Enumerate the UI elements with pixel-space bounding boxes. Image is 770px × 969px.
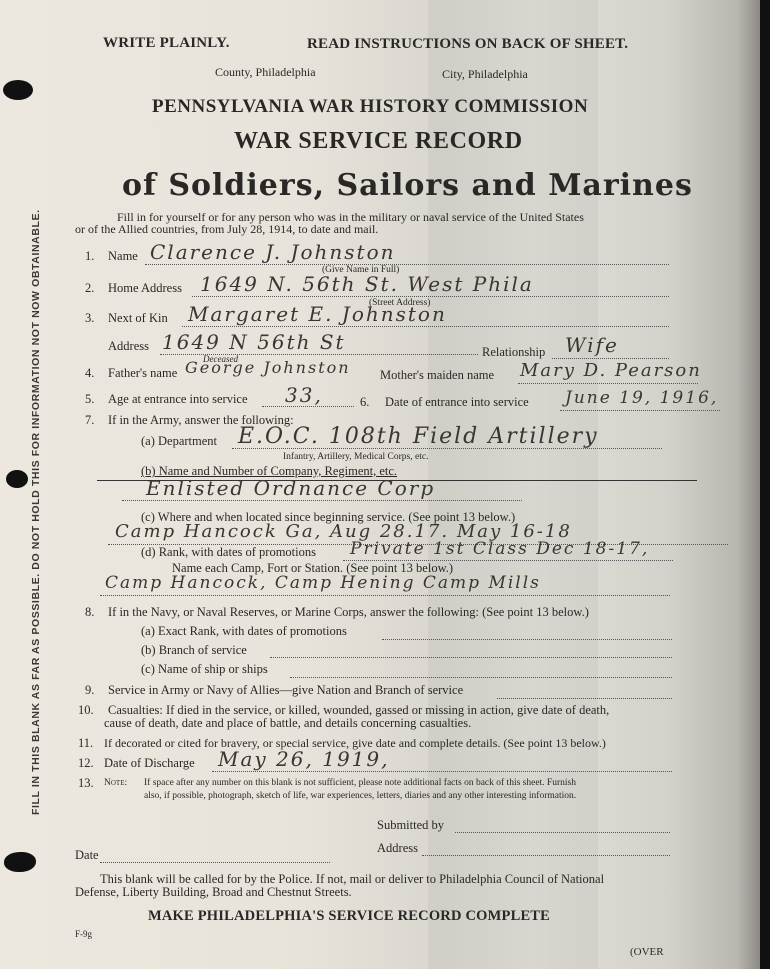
- city-label: City, Philadelphia: [442, 67, 528, 82]
- q2-number: 2.: [85, 281, 94, 296]
- q3-address-label: Address: [108, 339, 149, 354]
- q5-label: Age at entrance into service: [108, 392, 248, 407]
- q7b-company-value[interactable]: Enlisted Ordnance Corp: [146, 476, 435, 500]
- q4-mother-value[interactable]: Mary D. Pearson: [520, 360, 702, 381]
- q3-kin-value[interactable]: Margaret E. Johnston: [188, 302, 447, 326]
- q13-line-1: If space after any number on this blank …: [144, 778, 576, 788]
- q4-mother-line: [518, 383, 698, 384]
- q1-line: [145, 264, 669, 265]
- q3-line: [182, 326, 669, 327]
- q8a-label: (a) Exact Rank, with dates of promotions: [141, 624, 347, 639]
- q7a-label: (a) Department: [141, 434, 217, 449]
- record-subtitle: of Soldiers, Sailors and Marines: [122, 168, 693, 203]
- q4-mother-label: Mother's maiden name: [380, 368, 494, 383]
- q5-age-value[interactable]: 33,: [285, 383, 323, 407]
- date-label: Date: [75, 848, 99, 863]
- q13-note-label: Note:: [104, 778, 127, 788]
- q7d-label: (d) Rank, with dates of promotions: [141, 545, 316, 560]
- q4-father-value[interactable]: George Johnston: [185, 358, 351, 377]
- q12-number: 12.: [78, 756, 94, 771]
- q7-number: 7.: [85, 413, 94, 428]
- q1-name-value[interactable]: Clarence J. Johnston: [150, 240, 396, 264]
- q3-relationship-label: Relationship: [482, 345, 545, 360]
- q7d-rank-value[interactable]: Private 1st Class Dec 18-17,: [350, 539, 649, 559]
- q10-number: 10.: [78, 703, 94, 718]
- address-label: Address: [377, 841, 418, 856]
- slogan: MAKE PHILADELPHIA'S SERVICE RECORD COMPL…: [148, 908, 550, 925]
- q1-number: 1.: [85, 249, 94, 264]
- county-label: County, Philadelphia: [215, 65, 316, 80]
- police-line-2: Defense, Liberty Building, Broad and Che…: [75, 885, 352, 900]
- punch-hole-top: [3, 80, 33, 100]
- q8b-field[interactable]: [270, 657, 672, 658]
- q3-number: 3.: [85, 311, 94, 326]
- q8c-field[interactable]: [290, 677, 672, 678]
- form-code: F-9g: [75, 929, 92, 939]
- q12-label: Date of Discharge: [104, 756, 195, 771]
- q7a-hint: Infantry, Artillery, Medical Corps, etc.: [283, 452, 428, 462]
- q7d-camps-line: [100, 595, 670, 596]
- q8a-field[interactable]: [382, 639, 672, 640]
- q3-relationship-line: [552, 358, 669, 359]
- punch-hole-bottom: [4, 852, 36, 872]
- over-label: (OVER: [630, 946, 664, 958]
- punch-hole-middle: [6, 470, 28, 488]
- q13-number: 13.: [78, 776, 94, 791]
- read-instructions: READ INSTRUCTIONS ON BACK OF SHEET.: [307, 36, 628, 53]
- q6-line: [560, 410, 720, 411]
- q10-line-2: cause of death, date and place of battle…: [104, 716, 471, 731]
- write-plainly: WRITE PLAINLY.: [103, 35, 230, 52]
- q9-number: 9.: [85, 683, 94, 698]
- q6-number: 6.: [360, 395, 369, 410]
- q3-address-value[interactable]: 1649 N 56th St: [162, 330, 346, 354]
- q4-number: 4.: [85, 366, 94, 381]
- q11-number: 11.: [78, 736, 93, 751]
- q4-label: Father's name: [108, 366, 177, 381]
- document-paper: FILL IN THIS BLANK AS FAR AS POSSIBLE. D…: [0, 0, 760, 969]
- q3-label: Next of Kin: [108, 311, 168, 326]
- page-edge-shadow: [760, 0, 770, 969]
- q6-date-value[interactable]: June 19, 1916,: [565, 388, 718, 408]
- submitted-by-label: Submitted by: [377, 818, 444, 833]
- q2-address-value[interactable]: 1649 N. 56th St. West Phila: [200, 272, 534, 296]
- address-field[interactable]: [422, 855, 670, 856]
- q8-number: 8.: [85, 605, 94, 620]
- q7d-camps-value[interactable]: Camp Hancock, Camp Hening Camp Mills: [105, 573, 541, 593]
- date-field[interactable]: [100, 862, 330, 863]
- q3-relationship-value[interactable]: Wife: [565, 333, 619, 357]
- q9-label: Service in Army or Navy of Allies—give N…: [108, 683, 463, 698]
- q2-label: Home Address: [108, 281, 182, 296]
- q7a-department-value[interactable]: E.O.C. 108th Field Artillery: [238, 424, 599, 449]
- q8c-label: (c) Name of ship or ships: [141, 662, 268, 677]
- q12-line: [212, 771, 672, 772]
- q8-label: If in the Navy, or Naval Reserves, or Ma…: [108, 605, 589, 620]
- submitted-by-field[interactable]: [455, 832, 670, 833]
- q9-field[interactable]: [497, 698, 672, 699]
- side-instruction: FILL IN THIS BLANK AS FAR AS POSSIBLE. D…: [30, 209, 42, 815]
- q8b-label: (b) Branch of service: [141, 643, 247, 658]
- commission-title: PENNSYLVANIA WAR HISTORY COMMISSION: [152, 96, 588, 118]
- q1-label: Name: [108, 249, 138, 264]
- q7b-line: [122, 500, 522, 501]
- q12-discharge-value[interactable]: May 26, 1919,: [218, 747, 389, 771]
- q13-line-2: also, if possible, photograph, sketch of…: [144, 791, 576, 801]
- q5-number: 5.: [85, 392, 94, 407]
- q6-label: Date of entrance into service: [385, 395, 529, 410]
- q2-line: [192, 296, 669, 297]
- intro-line-2: or of the Allied countries, from July 28…: [75, 222, 378, 237]
- record-title: WAR SERVICE RECORD: [234, 128, 523, 155]
